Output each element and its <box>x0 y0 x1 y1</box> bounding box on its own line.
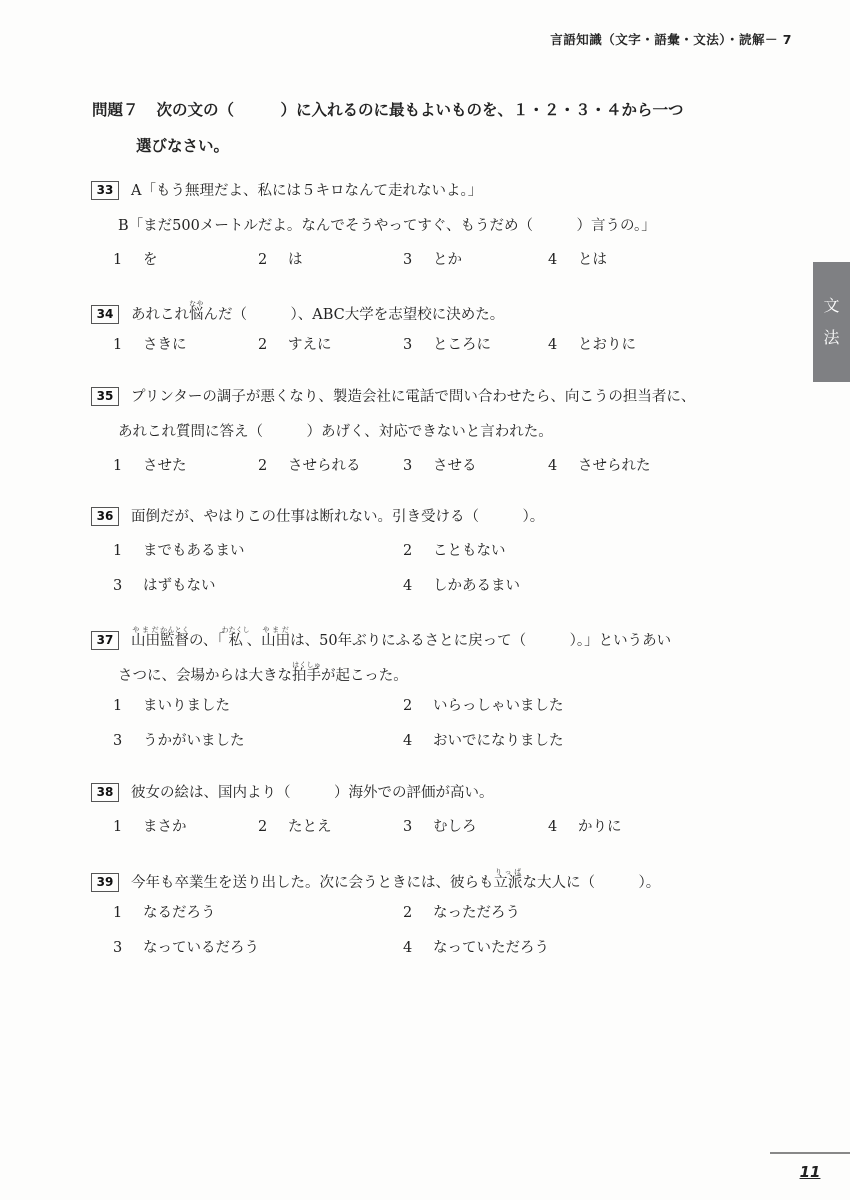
option-number: 4 <box>403 730 425 752</box>
option-text: おいでになりました <box>425 730 564 752</box>
option-2[interactable]: 2こともない <box>403 540 693 562</box>
option-number: 3 <box>113 575 135 597</box>
question-text: あれこれ悩なやんだ（ ）、ABC大学を志望校に決めた。 <box>131 307 504 323</box>
option-text: むしろ <box>425 816 477 838</box>
option-text: は <box>280 249 303 271</box>
option-4[interactable]: 4かりに <box>548 816 693 838</box>
option-text: まいりました <box>135 695 230 717</box>
option-text: させる <box>425 455 477 477</box>
question-text: A「もう無理だよ、私には５キロなんて走れないよ。」 <box>131 183 482 199</box>
option-4[interactable]: 4しかあるまい <box>403 575 693 597</box>
option-number: 1 <box>113 816 135 838</box>
question-text: あれこれ質問に答え（ ）あげく、対応できないと言われた。 <box>118 424 553 440</box>
option-2[interactable]: 2させられる <box>258 455 403 477</box>
question-35: 35プリンターの調子が悪くなり、製造会社に電話で問い合わせたら、向こうの担当者に… <box>91 386 771 490</box>
option-number: 1 <box>113 334 135 356</box>
option-4[interactable]: 4おいでになりました <box>403 730 693 752</box>
question-number-box: 36 <box>91 507 119 526</box>
option-number: 2 <box>403 902 425 924</box>
option-2[interactable]: 2いらっしゃいました <box>403 695 693 717</box>
option-text: を <box>135 249 158 271</box>
question-39: 39今年も卒業生を送り出した。次に会うときには、彼らも立派りっぱな大人に（ ）。… <box>91 868 771 972</box>
question-text-line-2: B「まだ500メートルだよ。なんでそうやってすぐ、もうだめ（ ）言うの。」 <box>91 215 771 237</box>
option-4[interactable]: 4とおりに <box>548 334 693 356</box>
question-36: 36面倒だが、やはりこの仕事は断れない。引き受ける（ ）。 1までもあるまい 2… <box>91 506 771 610</box>
option-1[interactable]: 1までもあるまい <box>113 540 403 562</box>
option-text: うかがいました <box>135 730 245 752</box>
option-number: 2 <box>258 249 280 271</box>
option-text: とおりに <box>570 334 636 356</box>
option-2[interactable]: 2たとえ <box>258 816 403 838</box>
running-head: 言語知識（文字・語彙・文法）・読解－ 7 <box>550 30 792 48</box>
question-text: 彼女の絵は、国内より（ ）海外での評価が高い。 <box>131 785 494 801</box>
question-37: 37山田やまだ監督かんとくの、「私わたくし、山田やまだは、50年ぶりにふるさとに… <box>91 626 771 765</box>
option-number: 2 <box>258 455 280 477</box>
option-number: 1 <box>113 249 135 271</box>
page-number: 11 <box>790 1163 830 1181</box>
option-text: させられた <box>570 455 651 477</box>
option-text: いらっしゃいました <box>425 695 564 717</box>
option-text: まさか <box>135 816 187 838</box>
section-tab-grammar: 文 法 <box>813 262 850 382</box>
option-number: 1 <box>113 695 135 717</box>
instruction-line-1: 次の文の（ ）に入れるのに最もよいものを、１・２・３・４から一つ <box>157 101 684 119</box>
option-3[interactable]: 3はずもない <box>113 575 403 597</box>
option-number: 2 <box>403 695 425 717</box>
option-text: なっただろう <box>425 902 520 924</box>
option-number: 4 <box>403 575 425 597</box>
option-text: とか <box>425 249 462 271</box>
option-text: はずもない <box>135 575 216 597</box>
footer-rule <box>770 1152 850 1154</box>
question-33: 33A「もう無理だよ、私には５キロなんて走れないよ。」 B「まだ500メートルだ… <box>91 180 771 284</box>
option-number: 1 <box>113 455 135 477</box>
option-text: なるだろう <box>135 902 216 924</box>
option-4[interactable]: 4とは <box>548 249 693 271</box>
side-tab-char: 法 <box>823 329 839 347</box>
option-1[interactable]: 1を <box>113 249 258 271</box>
option-3[interactable]: 3むしろ <box>403 816 548 838</box>
option-text: ところに <box>425 334 491 356</box>
option-3[interactable]: 3とか <box>403 249 548 271</box>
question-number-box: 35 <box>91 387 119 406</box>
question-number-box: 34 <box>91 305 119 324</box>
option-number: 4 <box>548 455 570 477</box>
option-text: なっていただろう <box>425 937 549 959</box>
option-1[interactable]: 1まさか <box>113 816 258 838</box>
question-text: プリンターの調子が悪くなり、製造会社に電話で問い合わせたら、向こうの担当者に、 <box>131 389 695 405</box>
option-1[interactable]: 1なるだろう <box>113 902 403 924</box>
section-label: 問題７ <box>92 101 139 119</box>
option-1[interactable]: 1さきに <box>113 334 258 356</box>
option-text: までもあるまい <box>135 540 245 562</box>
option-number: 3 <box>403 249 425 271</box>
option-4[interactable]: 4なっていただろう <box>403 937 693 959</box>
question-text: さつに、会場からは大きな拍手はくしゅが起こった。 <box>118 668 408 684</box>
option-text: かりに <box>570 816 622 838</box>
question-38: 38彼女の絵は、国内より（ ）海外での評価が高い。 1まさか 2たとえ 3むしろ… <box>91 782 771 851</box>
question-number-box: 39 <box>91 873 119 892</box>
option-number: 3 <box>113 937 135 959</box>
option-number: 4 <box>403 937 425 959</box>
option-text: すえに <box>280 334 332 356</box>
option-number: 2 <box>403 540 425 562</box>
option-number: 1 <box>113 902 135 924</box>
question-text: 山田やまだ監督かんとくの、「私わたくし、山田やまだは、50年ぶりにふるさとに戻っ… <box>131 633 671 649</box>
option-1[interactable]: 1まいりました <box>113 695 403 717</box>
option-text: とは <box>570 249 607 271</box>
section-instructions: 問題７次の文の（ ）に入れるのに最もよいものを、１・２・３・４から一つ 選びなさ… <box>92 92 732 164</box>
option-number: 3 <box>113 730 135 752</box>
instruction-line-2: 選びなさい。 <box>92 128 732 164</box>
option-number: 4 <box>548 816 570 838</box>
question-number-box: 37 <box>91 631 119 650</box>
option-number: 3 <box>403 816 425 838</box>
question-34: 34あれこれ悩なやんだ（ ）、ABC大学を志望校に決めた。 1さきに 2すえに … <box>91 300 771 369</box>
option-number: 2 <box>258 334 280 356</box>
option-2[interactable]: 2すえに <box>258 334 403 356</box>
option-4[interactable]: 4させられた <box>548 455 693 477</box>
option-text: なっているだろう <box>135 937 259 959</box>
option-text: させた <box>135 455 187 477</box>
option-2[interactable]: 2なっただろう <box>403 902 693 924</box>
option-number: 3 <box>403 455 425 477</box>
option-text: しかあるまい <box>425 575 520 597</box>
option-2[interactable]: 2は <box>258 249 403 271</box>
option-number: 2 <box>258 816 280 838</box>
option-3[interactable]: 3なっているだろう <box>113 937 403 959</box>
question-number-box: 38 <box>91 783 119 802</box>
option-3[interactable]: 3ところに <box>403 334 548 356</box>
option-number: 4 <box>548 334 570 356</box>
question-text: B「まだ500メートルだよ。なんでそうやってすぐ、もうだめ（ ）言うの。」 <box>118 218 656 234</box>
question-text: 面倒だが、やはりこの仕事は断れない。引き受ける（ ）。 <box>131 509 544 525</box>
option-text: さきに <box>135 334 187 356</box>
option-number: 1 <box>113 540 135 562</box>
question-text: 今年も卒業生を送り出した。次に会うときには、彼らも立派りっぱな大人に（ ）。 <box>131 875 660 891</box>
option-text: こともない <box>425 540 506 562</box>
option-text: たとえ <box>280 816 332 838</box>
option-3[interactable]: 3うかがいました <box>113 730 403 752</box>
option-3[interactable]: 3させる <box>403 455 548 477</box>
option-number: 3 <box>403 334 425 356</box>
option-text: させられる <box>280 455 361 477</box>
side-tab-char: 文 <box>823 297 839 315</box>
option-1[interactable]: 1させた <box>113 455 258 477</box>
question-number-box: 33 <box>91 181 119 200</box>
option-number: 4 <box>548 249 570 271</box>
